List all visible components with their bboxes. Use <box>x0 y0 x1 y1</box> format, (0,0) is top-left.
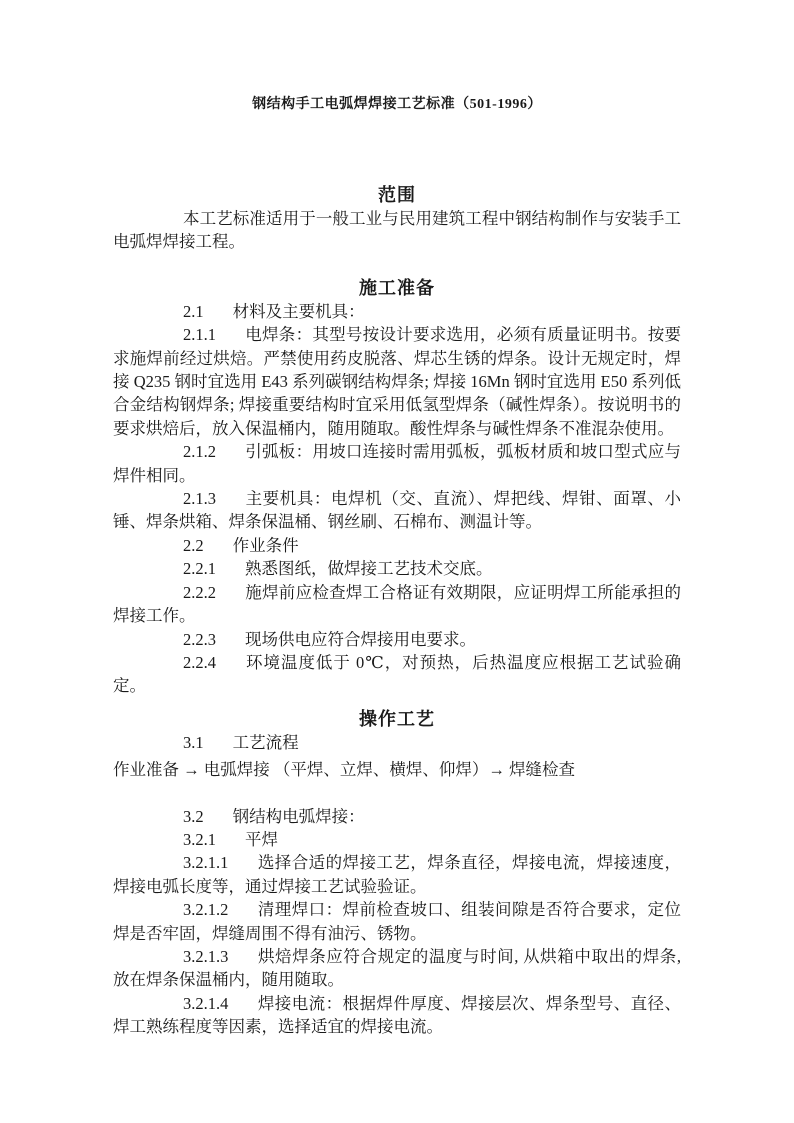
clause-number: 2.2 <box>183 536 204 555</box>
clause-3-2-1-1: 3.2.1.1选择合适的焊接工艺，焊条直径，焊接电流，焊接速度，焊接电弧长度等，… <box>113 851 681 898</box>
section-heading-operation: 操作工艺 <box>113 707 681 731</box>
clause-number: 2.1.1 <box>183 325 216 344</box>
clause-number: 3.2.1.1 <box>183 853 228 872</box>
clause-number: 2.1.2 <box>183 442 216 461</box>
clause-3-1: 3.1工艺流程 <box>113 731 681 754</box>
clause-number: 3.2 <box>183 807 204 826</box>
clause-2-1: 2.1材料及主要机具： <box>113 300 681 323</box>
clause-number: 2.2.4 <box>183 653 216 672</box>
clause-number: 3.1 <box>183 733 204 752</box>
clause-2-1-1: 2.1.1电焊条：其型号按设计要求选用，必须有质量证明书。按要求施焊前经过烘焙。… <box>113 323 681 440</box>
clause-3-2-1-3: 3.2.1.3烘焙焊条应符合规定的温度与时间, 从烘箱中取出的焊条, 放在焊条保… <box>113 945 681 992</box>
clause-number: 2.1 <box>183 302 204 321</box>
clause-text: 现场供电应符合焊接用电要求。 <box>245 630 476 649</box>
clause-3-2-1-2: 3.2.1.2清理焊口：焊前检查坡口、组装间隙是否符合要求，定位焊是否牢固，焊缝… <box>113 898 681 945</box>
clause-text: 平焊 <box>245 830 278 849</box>
clause-2-2-1: 2.2.1熟悉图纸，做焊接工艺技术交底。 <box>113 557 681 580</box>
scope-paragraph: 本工艺标准适用于一般工业与民用建筑工程中钢结构制作与安装手工电弧焊焊接工程。 <box>113 207 681 254</box>
clause-2-2-3: 2.2.3现场供电应符合焊接用电要求。 <box>113 628 681 651</box>
clause-number: 2.2.2 <box>183 583 216 602</box>
clause-number: 3.2.1 <box>183 830 216 849</box>
clause-3-2-1: 3.2.1平焊 <box>113 828 681 851</box>
clause-2-2-4: 2.2.4环境温度低于 0℃，对预热，后热温度应根据工艺试验确定。 <box>113 651 681 698</box>
clause-number: 2.2.1 <box>183 559 216 578</box>
clause-number: 3.2.1.3 <box>183 947 228 966</box>
clause-2-1-2: 2.1.2引弧板：用坡口连接时需用弧板，弧板材质和坡口型式应与焊件相同。 <box>113 440 681 487</box>
section-heading-scope: 范围 <box>113 183 681 207</box>
clause-number: 3.2.1.4 <box>183 994 228 1013</box>
clause-3-2-1-4: 3.2.1.4焊接电流：根据焊件厚度、焊接层次、焊条型号、直径、焊工熟练程度等因… <box>113 992 681 1039</box>
section-heading-preparation: 施工准备 <box>113 276 681 300</box>
clause-2-2-2: 2.2.2施焊前应检查焊工合格证有效期限，应证明焊工所能承担的焊接工作。 <box>113 581 681 628</box>
clause-number: 2.2.3 <box>183 630 216 649</box>
clause-number: 3.2.1.2 <box>183 900 228 919</box>
clause-2-1-3: 2.1.3主要机具：电焊机（交、直流）、焊把线、焊钳、面罩、小锤、焊条烘箱、焊条… <box>113 487 681 534</box>
clause-text: 材料及主要机具： <box>233 302 365 321</box>
clause-text: 熟悉图纸，做焊接工艺技术交底。 <box>245 559 493 578</box>
clause-number: 2.1.3 <box>183 489 216 508</box>
clause-text: 钢结构电弧焊接： <box>233 807 365 826</box>
clause-2-2: 2.2作业条件 <box>113 534 681 557</box>
document-page: 钢结构手工电弧焊焊接工艺标准（501-1996） 范围 本工艺标准适用于一般工业… <box>0 0 794 1123</box>
clause-text: 工艺流程 <box>233 733 299 752</box>
clause-3-2: 3.2钢结构电弧焊接： <box>113 805 681 828</box>
document-title: 钢结构手工电弧焊焊接工艺标准（501-1996） <box>113 96 681 113</box>
process-flow-line: 作业准备 → 电弧焊接 （平焊、立焊、横焊、仰焊）→ 焊缝检查 <box>113 758 681 781</box>
clause-text: 作业条件 <box>233 536 299 555</box>
